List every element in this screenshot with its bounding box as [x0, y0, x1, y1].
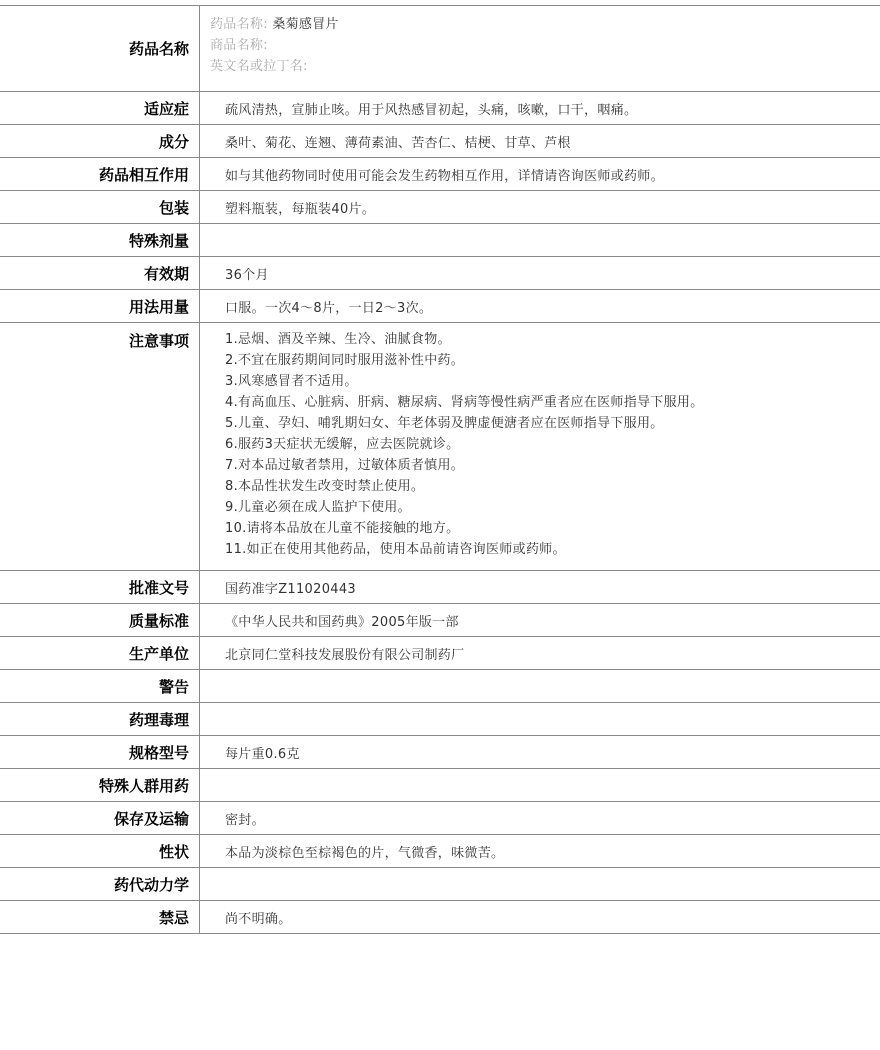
row-value: 《中华人民共和国药典》2005年版一部	[200, 604, 880, 637]
row-value	[200, 769, 880, 802]
row-pharmacokinetics: 药代动力学	[0, 868, 880, 901]
precaution-item: 1.忌烟、酒及辛辣、生冷、油腻食物。	[225, 329, 880, 350]
row-special-dosage: 特殊剂量	[0, 224, 880, 257]
row-value: 塑料瓶装，每瓶装40片。	[200, 191, 880, 224]
row-label: 包装	[0, 191, 200, 224]
row-label: 特殊剂量	[0, 224, 200, 257]
row-value: 如与其他药物同时使用可能会发生药物相互作用，详情请咨询医师或药师。	[200, 158, 880, 191]
row-value	[200, 703, 880, 736]
row-value: 药品名称: 桑菊感冒片 商品名称: 英文名或拉丁名:	[200, 6, 880, 92]
row-label: 质量标准	[0, 604, 200, 637]
row-label: 有效期	[0, 257, 200, 290]
row-label: 适应症	[0, 92, 200, 125]
row-dosage: 用法用量 口服。一次4～8片，一日2～3次。	[0, 290, 880, 323]
precautions-list: 1.忌烟、酒及辛辣、生冷、油腻食物。 2.不宜在服药期间同时服用滋补性中药。 3…	[200, 323, 880, 571]
row-shelf-life: 有效期 36个月	[0, 257, 880, 290]
row-appearance: 性状 本品为淡棕色至棕褐色的片，气微香，味微苦。	[0, 835, 880, 868]
row-warning: 警告	[0, 670, 880, 703]
row-value: 疏风清热，宣肺止咳。用于风热感冒初起，头痛，咳嗽，口干，咽痛。	[200, 92, 880, 125]
row-value: 每片重0.6克	[200, 736, 880, 769]
row-label: 用法用量	[0, 290, 200, 323]
row-label: 药代动力学	[0, 868, 200, 901]
row-label: 批准文号	[0, 571, 200, 604]
row-value: 尚不明确。	[200, 901, 880, 934]
row-label: 警告	[0, 670, 200, 703]
row-precautions: 注意事项 1.忌烟、酒及辛辣、生冷、油腻食物。 2.不宜在服药期间同时服用滋补性…	[0, 323, 880, 571]
row-label: 规格型号	[0, 736, 200, 769]
precaution-item: 6.服药3天症状无缓解，应去医院就诊。	[225, 434, 880, 455]
row-specification: 规格型号 每片重0.6克	[0, 736, 880, 769]
row-value: 36个月	[200, 257, 880, 290]
row-pharmacology: 药理毒理	[0, 703, 880, 736]
row-packaging: 包装 塑料瓶装，每瓶装40片。	[0, 191, 880, 224]
precaution-item: 5.儿童、孕妇、哺乳期妇女、年老体弱及脾虚便溏者应在医师指导下服用。	[225, 413, 880, 434]
precaution-item: 9.儿童必须在成人监护下使用。	[225, 497, 880, 518]
row-label: 成分	[0, 125, 200, 158]
row-contraindications: 禁忌 尚不明确。	[0, 901, 880, 934]
row-label: 生产单位	[0, 637, 200, 670]
row-label: 保存及运输	[0, 802, 200, 835]
row-value	[200, 868, 880, 901]
row-label: 药理毒理	[0, 703, 200, 736]
row-drug-name: 药品名称 药品名称: 桑菊感冒片 商品名称: 英文名或拉丁名:	[0, 6, 880, 92]
precaution-item: 8.本品性状发生改变时禁止使用。	[225, 476, 880, 497]
row-label: 性状	[0, 835, 200, 868]
row-value: 国药准字Z11020443	[200, 571, 880, 604]
row-storage: 保存及运输 密封。	[0, 802, 880, 835]
row-indications: 适应症 疏风清热，宣肺止咳。用于风热感冒初起，头痛，咳嗽，口干，咽痛。	[0, 92, 880, 125]
trade-name-line: 商品名称:	[210, 35, 880, 56]
row-quality-standard: 质量标准 《中华人民共和国药典》2005年版一部	[0, 604, 880, 637]
drug-spec-table: 药品名称 药品名称: 桑菊感冒片 商品名称: 英文名或拉丁名: 适应症 疏风清热…	[0, 5, 880, 934]
row-ingredients: 成分 桑叶、菊花、连翘、薄荷素油、苦杏仁、桔梗、甘草、芦根	[0, 125, 880, 158]
precaution-item: 11.如正在使用其他药品，使用本品前请咨询医师或药师。	[225, 539, 880, 560]
row-label: 特殊人群用药	[0, 769, 200, 802]
row-label: 禁忌	[0, 901, 200, 934]
row-value: 口服。一次4～8片，一日2～3次。	[200, 290, 880, 323]
row-label: 药品名称	[0, 6, 200, 92]
precaution-item: 2.不宜在服药期间同时服用滋补性中药。	[225, 350, 880, 371]
precaution-item: 7.对本品过敏者禁用，过敏体质者慎用。	[225, 455, 880, 476]
row-special-populations: 特殊人群用药	[0, 769, 880, 802]
row-approval-number: 批准文号 国药准字Z11020443	[0, 571, 880, 604]
precaution-item: 3.风寒感冒者不适用。	[225, 371, 880, 392]
english-name-label: 英文名或拉丁名:	[210, 59, 308, 74]
generic-name-line: 药品名称: 桑菊感冒片	[210, 14, 880, 35]
row-label: 药品相互作用	[0, 158, 200, 191]
english-name-line: 英文名或拉丁名:	[210, 56, 880, 77]
row-value	[200, 670, 880, 703]
generic-name-value: 桑菊感冒片	[272, 17, 339, 32]
row-value: 桑叶、菊花、连翘、薄荷素油、苦杏仁、桔梗、甘草、芦根	[200, 125, 880, 158]
row-label: 注意事项	[0, 323, 200, 571]
row-manufacturer: 生产单位 北京同仁堂科技发展股份有限公司制药厂	[0, 637, 880, 670]
trade-name-label: 商品名称:	[210, 38, 268, 53]
generic-name-label: 药品名称:	[210, 17, 268, 32]
row-value: 密封。	[200, 802, 880, 835]
row-interactions: 药品相互作用 如与其他药物同时使用可能会发生药物相互作用，详情请咨询医师或药师。	[0, 158, 880, 191]
row-value	[200, 224, 880, 257]
precaution-item: 4.有高血压、心脏病、肝病、糖尿病、肾病等慢性病严重者应在医师指导下服用。	[225, 392, 880, 413]
row-value: 本品为淡棕色至棕褐色的片，气微香，味微苦。	[200, 835, 880, 868]
precaution-item: 10.请将本品放在儿童不能接触的地方。	[225, 518, 880, 539]
row-value: 北京同仁堂科技发展股份有限公司制药厂	[200, 637, 880, 670]
